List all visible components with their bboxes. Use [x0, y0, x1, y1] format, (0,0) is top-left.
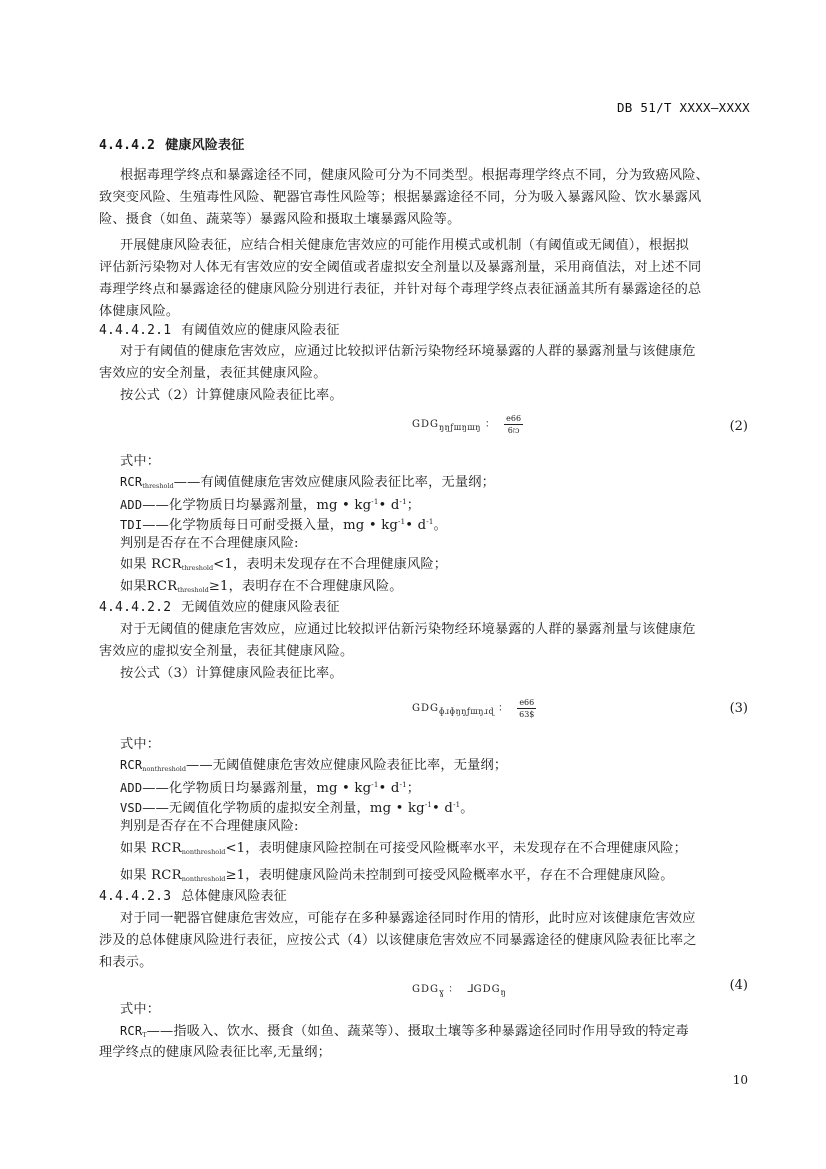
paragraph-line: 涉及的总体健康风险进行表征，应按公式（4）以该健康危害效应不同暴露途径的健康风险… [99, 931, 749, 951]
section-number: 4.4.4.2.3 [99, 889, 171, 904]
section-title: 有阈值效应的健康风险表征 [181, 323, 339, 338]
equation-number: (3) [730, 701, 748, 716]
formula-lhs: GDGɣ [412, 984, 444, 995]
paragraph-line: 评估新污染物对人体无有害效应的安全阈值或者虚拟安全剂量以及暴露剂量，采用商值法，… [99, 258, 749, 278]
judgement-at-least-one: 如果RCRthreshold≥1，表明存在不合理健康风险。 [120, 577, 770, 600]
paragraph-line: 险、摄食（如鱼、蔬菜等）暴露风险和摄取土壤暴露风险等。 [99, 210, 749, 230]
section-title: 无阈值效应的健康风险表征 [181, 600, 339, 615]
paragraph-line: 体健康风险。 [99, 302, 749, 322]
section-number: 4.4.4.2.2 [99, 600, 171, 615]
section-number: 4.4.4.2.1 [99, 323, 171, 338]
section-number: 4.4.4.2 [99, 138, 155, 153]
paragraph-line: 对于有阈值的健康危害效应，应通过比较拟评估新污染物经环境暴露的人群的暴露剂量与该… [120, 342, 750, 362]
formula-fraction: e66 ז6ɔ [504, 414, 523, 435]
equation-number: (2) [730, 419, 748, 434]
where-label: 式中： [120, 1000, 770, 1020]
paragraph-line: 毒理学终点和暴露途径的健康风险分别进行表征，并针对每个毒理学终点表征涵盖其所有暴… [99, 280, 749, 300]
paragraph-line: 开展健康风险表征，应结合相关健康危害效应的可能作用模式或机制（有阈值或无阈值），… [120, 236, 750, 256]
section-title: 总体健康风险表征 [181, 889, 287, 904]
definition-rcr-total: RCRT——指吸入、饮水、摄食（如鱼、蔬菜等）、摄取土壤等多种暴露途径同时作用导… [120, 1021, 750, 1045]
formula-intro: 按公式（2）计算健康风险表征比率。 [120, 386, 770, 406]
paragraph-line: 和表示。 [99, 953, 749, 973]
formula-lhs: GDGŋŋƒшŋшŋ [412, 419, 481, 430]
judgement-below-one: 如果 RCRthreshold<1，表明未发现存在不合理健康风险； [120, 555, 770, 578]
section-title: 健康风险表征 [165, 138, 244, 153]
formula-3: GDGɸɹɸŋŋƒшŋɹɖ： e66 63$ [412, 698, 536, 719]
definition-tdi: TDI——化学物质每日可耐受摄入量，mg • kg-1• d-1。 [120, 512, 770, 536]
paragraph-line: 对于无阈值的健康危害效应，应通过比较拟评估新污染物经环境暴露的人群的暴露剂量与该… [120, 620, 750, 640]
definition-rcr-total-cont: 理学终点的健康风险表征比率,无量纲； [99, 1043, 749, 1063]
judge-label: 判别是否存在不合理健康风险: [120, 817, 770, 837]
paragraph-line: 害效应的安全剂量，表征其健康风险。 [99, 364, 749, 384]
page-number: 10 [733, 1073, 748, 1087]
where-label: 式中： [120, 735, 770, 755]
paragraph-line: 对于同一靶器官健康危害效应，可能存在多种暴露途径同时作用的情形，此时应对该健康危… [120, 909, 750, 929]
formula-lhs: GDGɸɹɸŋŋƒшŋɹɖ [412, 703, 494, 714]
formula-fraction: e66 63$ [517, 698, 536, 719]
judgement-below-one: 如果 RCRnonthreshold<1，表明健康风险控制在可接受风险概率水平，… [120, 839, 770, 862]
definition-vsd: VSD——无阈值化学物质的虚拟安全剂量，mg • kg-1• d-1。 [120, 795, 770, 819]
judgement-at-least-one: 如果 RCRnonthreshold≥1，表明健康风险尚未控制到可接受风险概率水… [120, 866, 770, 889]
section-heading-4-4-4-2-1: 4.4.4.2.1有阈值效应的健康风险表征 [99, 321, 749, 341]
section-heading-4-4-4-2: 4.4.4.2健康风险表征 [99, 136, 749, 156]
paragraph-line: 根据毒理学终点和暴露途径不同，健康风险可分为不同类型。根据毒理学终点不同，分为致… [120, 166, 750, 186]
equation-number: (4) [730, 978, 748, 993]
standard-code: DB 51/T XXXX—XXXX [617, 100, 750, 115]
section-heading-4-4-4-2-3: 4.4.4.2.3总体健康风险表征 [99, 887, 749, 907]
formula-4: GDGɣ： ⅃GDGŋ [412, 980, 506, 997]
where-label: 式中： [120, 452, 770, 472]
paragraph-line: 致突变风险、生殖毒性风险、靶器官毒性风险等；根据暴露途径不同，分为吸入暴露风险、… [99, 188, 749, 208]
formula-rhs: GDGŋ [474, 984, 507, 995]
formula-2: GDGŋŋƒшŋшŋ： e66 ז6ɔ [412, 414, 523, 435]
formula-intro: 按公式（3）计算健康风险表征比率。 [120, 664, 770, 684]
section-heading-4-4-4-2-2: 4.4.4.2.2无阈值效应的健康风险表征 [99, 598, 749, 618]
paragraph-line: 害效应的虚拟安全剂量，表征其健康风险。 [99, 642, 749, 662]
document-page: DB 51/T XXXX—XXXX 4.4.4.2健康风险表征 根据毒理学终点和… [0, 0, 826, 1169]
judge-label: 判别是否存在不合理健康风险: [120, 534, 770, 554]
